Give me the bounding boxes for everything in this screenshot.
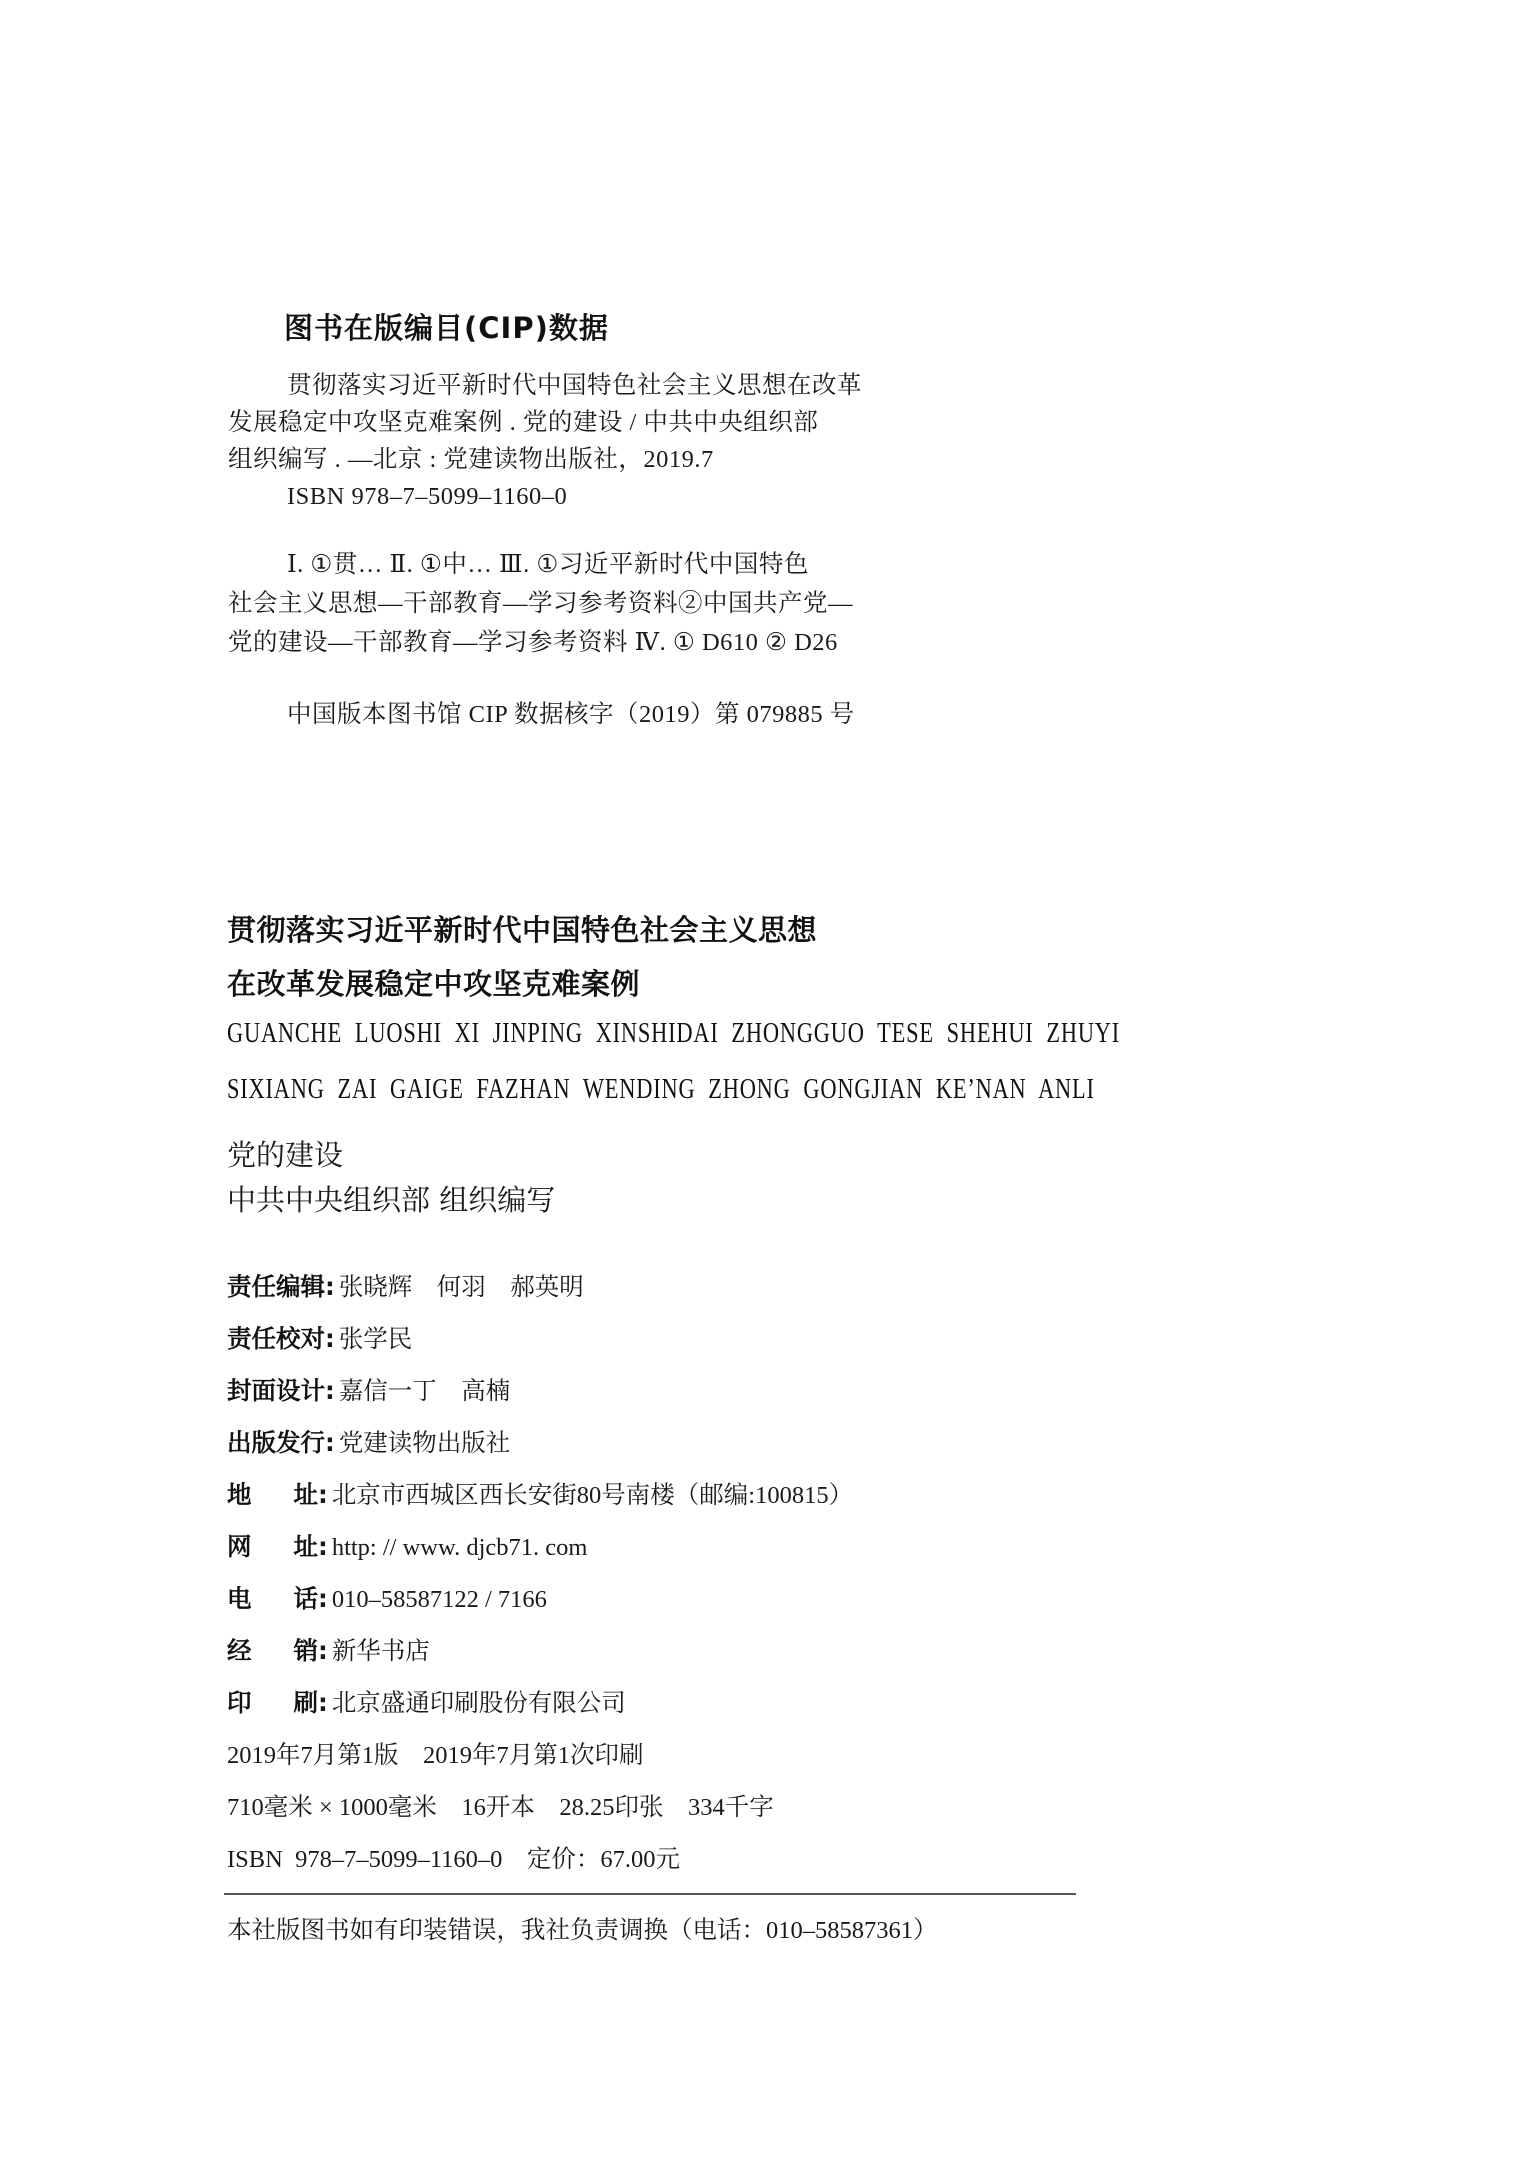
website-link[interactable]: http: // www. djcb71. com xyxy=(332,1534,588,1562)
credit-colon: : xyxy=(318,1688,328,1717)
cip-verification-number: 中国版本图书馆 CIP 数据核字（2019）第 079885 号 xyxy=(287,697,855,733)
credit-label: 印刷 xyxy=(227,1684,318,1719)
credit-value: 北京盛通印刷股份有限公司 xyxy=(332,1684,626,1719)
credit-label: 经销 xyxy=(227,1632,318,1667)
credit-value: 党建读物出版社 xyxy=(339,1424,511,1459)
credit-row-printer: 印刷: 北京盛通印刷股份有限公司 xyxy=(227,1684,626,1719)
credit-row-proofreader: 责任校对: 张学民 xyxy=(227,1320,412,1355)
credit-row-cover-design: 封面设计: 嘉信一丁 高楠 xyxy=(227,1372,510,1407)
cip-classification-line-1: Ⅰ. ①贯… Ⅱ. ①中… Ⅲ. ①习近平新时代中国特色 xyxy=(287,547,809,583)
credit-label-char: 电 xyxy=(227,1580,252,1615)
credit-colon: : xyxy=(318,1532,328,1561)
credit-label-char: 销 xyxy=(294,1632,319,1667)
credit-colon: : xyxy=(318,1584,328,1613)
credit-value: 张学民 xyxy=(339,1320,413,1355)
author-line: 中共中央组织部 组织编写 xyxy=(227,1178,555,1219)
credit-value: 嘉信一丁 高楠 xyxy=(339,1372,511,1407)
credit-colon: : xyxy=(318,1480,328,1509)
credit-row-publisher: 出版发行: 党建读物出版社 xyxy=(227,1424,510,1459)
credit-label: 出版发行 xyxy=(227,1424,325,1459)
credit-label: 责任校对 xyxy=(227,1320,325,1355)
book-title-line-2: 在改革发展稳定中攻坚克难案例 xyxy=(227,962,640,1003)
credit-label: 电话 xyxy=(227,1580,318,1615)
cip-classification-line-2: 社会主义思想—干部教育—学习参考资料②中国共产党— xyxy=(228,586,853,622)
credit-value: 010–58587122 / 7166 xyxy=(332,1586,547,1614)
volume-title: 党的建设 xyxy=(227,1133,343,1174)
credit-value: 张晓辉 何羽 郝英明 xyxy=(339,1268,584,1303)
isbn-price: ISBN 978–7–5099–1160–0 定价：67.00元 xyxy=(227,1840,680,1875)
credit-label: 网址 xyxy=(227,1528,318,1563)
credit-value: 新华书店 xyxy=(332,1632,430,1667)
edition-info: 2019年7月第1版 2019年7月第1次印刷 xyxy=(227,1736,644,1771)
cip-entry-line-3: 组织编写 . —北京 : 党建读物出版社，2019.7 xyxy=(228,442,714,478)
cip-entry-line-1: 贯彻落实习近平新时代中国特色社会主义思想在改革 xyxy=(287,368,862,404)
credit-label-char: 刷 xyxy=(294,1684,319,1719)
credit-colon: : xyxy=(325,1376,335,1405)
format-info: 710毫米 × 1000毫米 16开本 28.25印张 334千字 xyxy=(227,1788,774,1823)
credit-label: 责任编辑 xyxy=(227,1268,325,1303)
credit-row-website: 网址: http: // www. djcb71. com xyxy=(227,1528,587,1563)
credit-label-char: 印 xyxy=(227,1684,252,1719)
cip-classification-line-3: 党的建设—干部教育—学习参考资料 Ⅳ. ① D610 ② D26 xyxy=(228,625,838,661)
credit-label-char: 经 xyxy=(227,1632,252,1667)
cip-isbn: ISBN 978–7–5099–1160–0 xyxy=(287,479,567,515)
credit-label-char: 地 xyxy=(227,1476,252,1511)
credit-colon: : xyxy=(325,1428,335,1457)
credit-label-char: 址 xyxy=(294,1476,319,1511)
book-title-pinyin-line-1: GUANCHE LUOSHI XI JINPING XINSHIDAI ZHON… xyxy=(227,1018,1120,1050)
divider-rule xyxy=(224,1893,1076,1895)
credit-row-distributor: 经销: 新华书店 xyxy=(227,1632,430,1667)
credit-colon: : xyxy=(325,1324,335,1353)
misprint-notice: 本社版图书如有印装错误，我社负责调换（电话：010–58587361） xyxy=(227,1911,938,1946)
cip-entry-line-2: 发展稳定中攻坚克难案例 . 党的建设 / 中共中央组织部 xyxy=(228,405,818,441)
book-title-pinyin-line-2: SIXIANG ZAI GAIGE FAZHAN WENDING ZHONG G… xyxy=(227,1074,1095,1106)
credit-value: 北京市西城区西长安街80号南楼（邮编:100815） xyxy=(332,1476,853,1511)
book-title-line-1: 贯彻落实习近平新时代中国特色社会主义思想 xyxy=(227,908,817,949)
credit-label: 地址 xyxy=(227,1476,318,1511)
credit-row-address: 地址: 北京市西城区西长安街80号南楼（邮编:100815） xyxy=(227,1476,853,1511)
credit-row-phone: 电话: 010–58587122 / 7166 xyxy=(227,1580,547,1615)
credit-label-char: 网 xyxy=(227,1528,252,1563)
credit-colon: : xyxy=(318,1636,328,1665)
credit-label-char: 址 xyxy=(294,1528,319,1563)
credit-label: 封面设计 xyxy=(227,1372,325,1407)
credit-label-char: 话 xyxy=(294,1580,319,1615)
credit-colon: : xyxy=(325,1272,335,1301)
cip-heading: 图书在版编目(CIP)数据 xyxy=(284,306,609,347)
credit-row-editors: 责任编辑: 张晓辉 何羽 郝英明 xyxy=(227,1268,584,1303)
